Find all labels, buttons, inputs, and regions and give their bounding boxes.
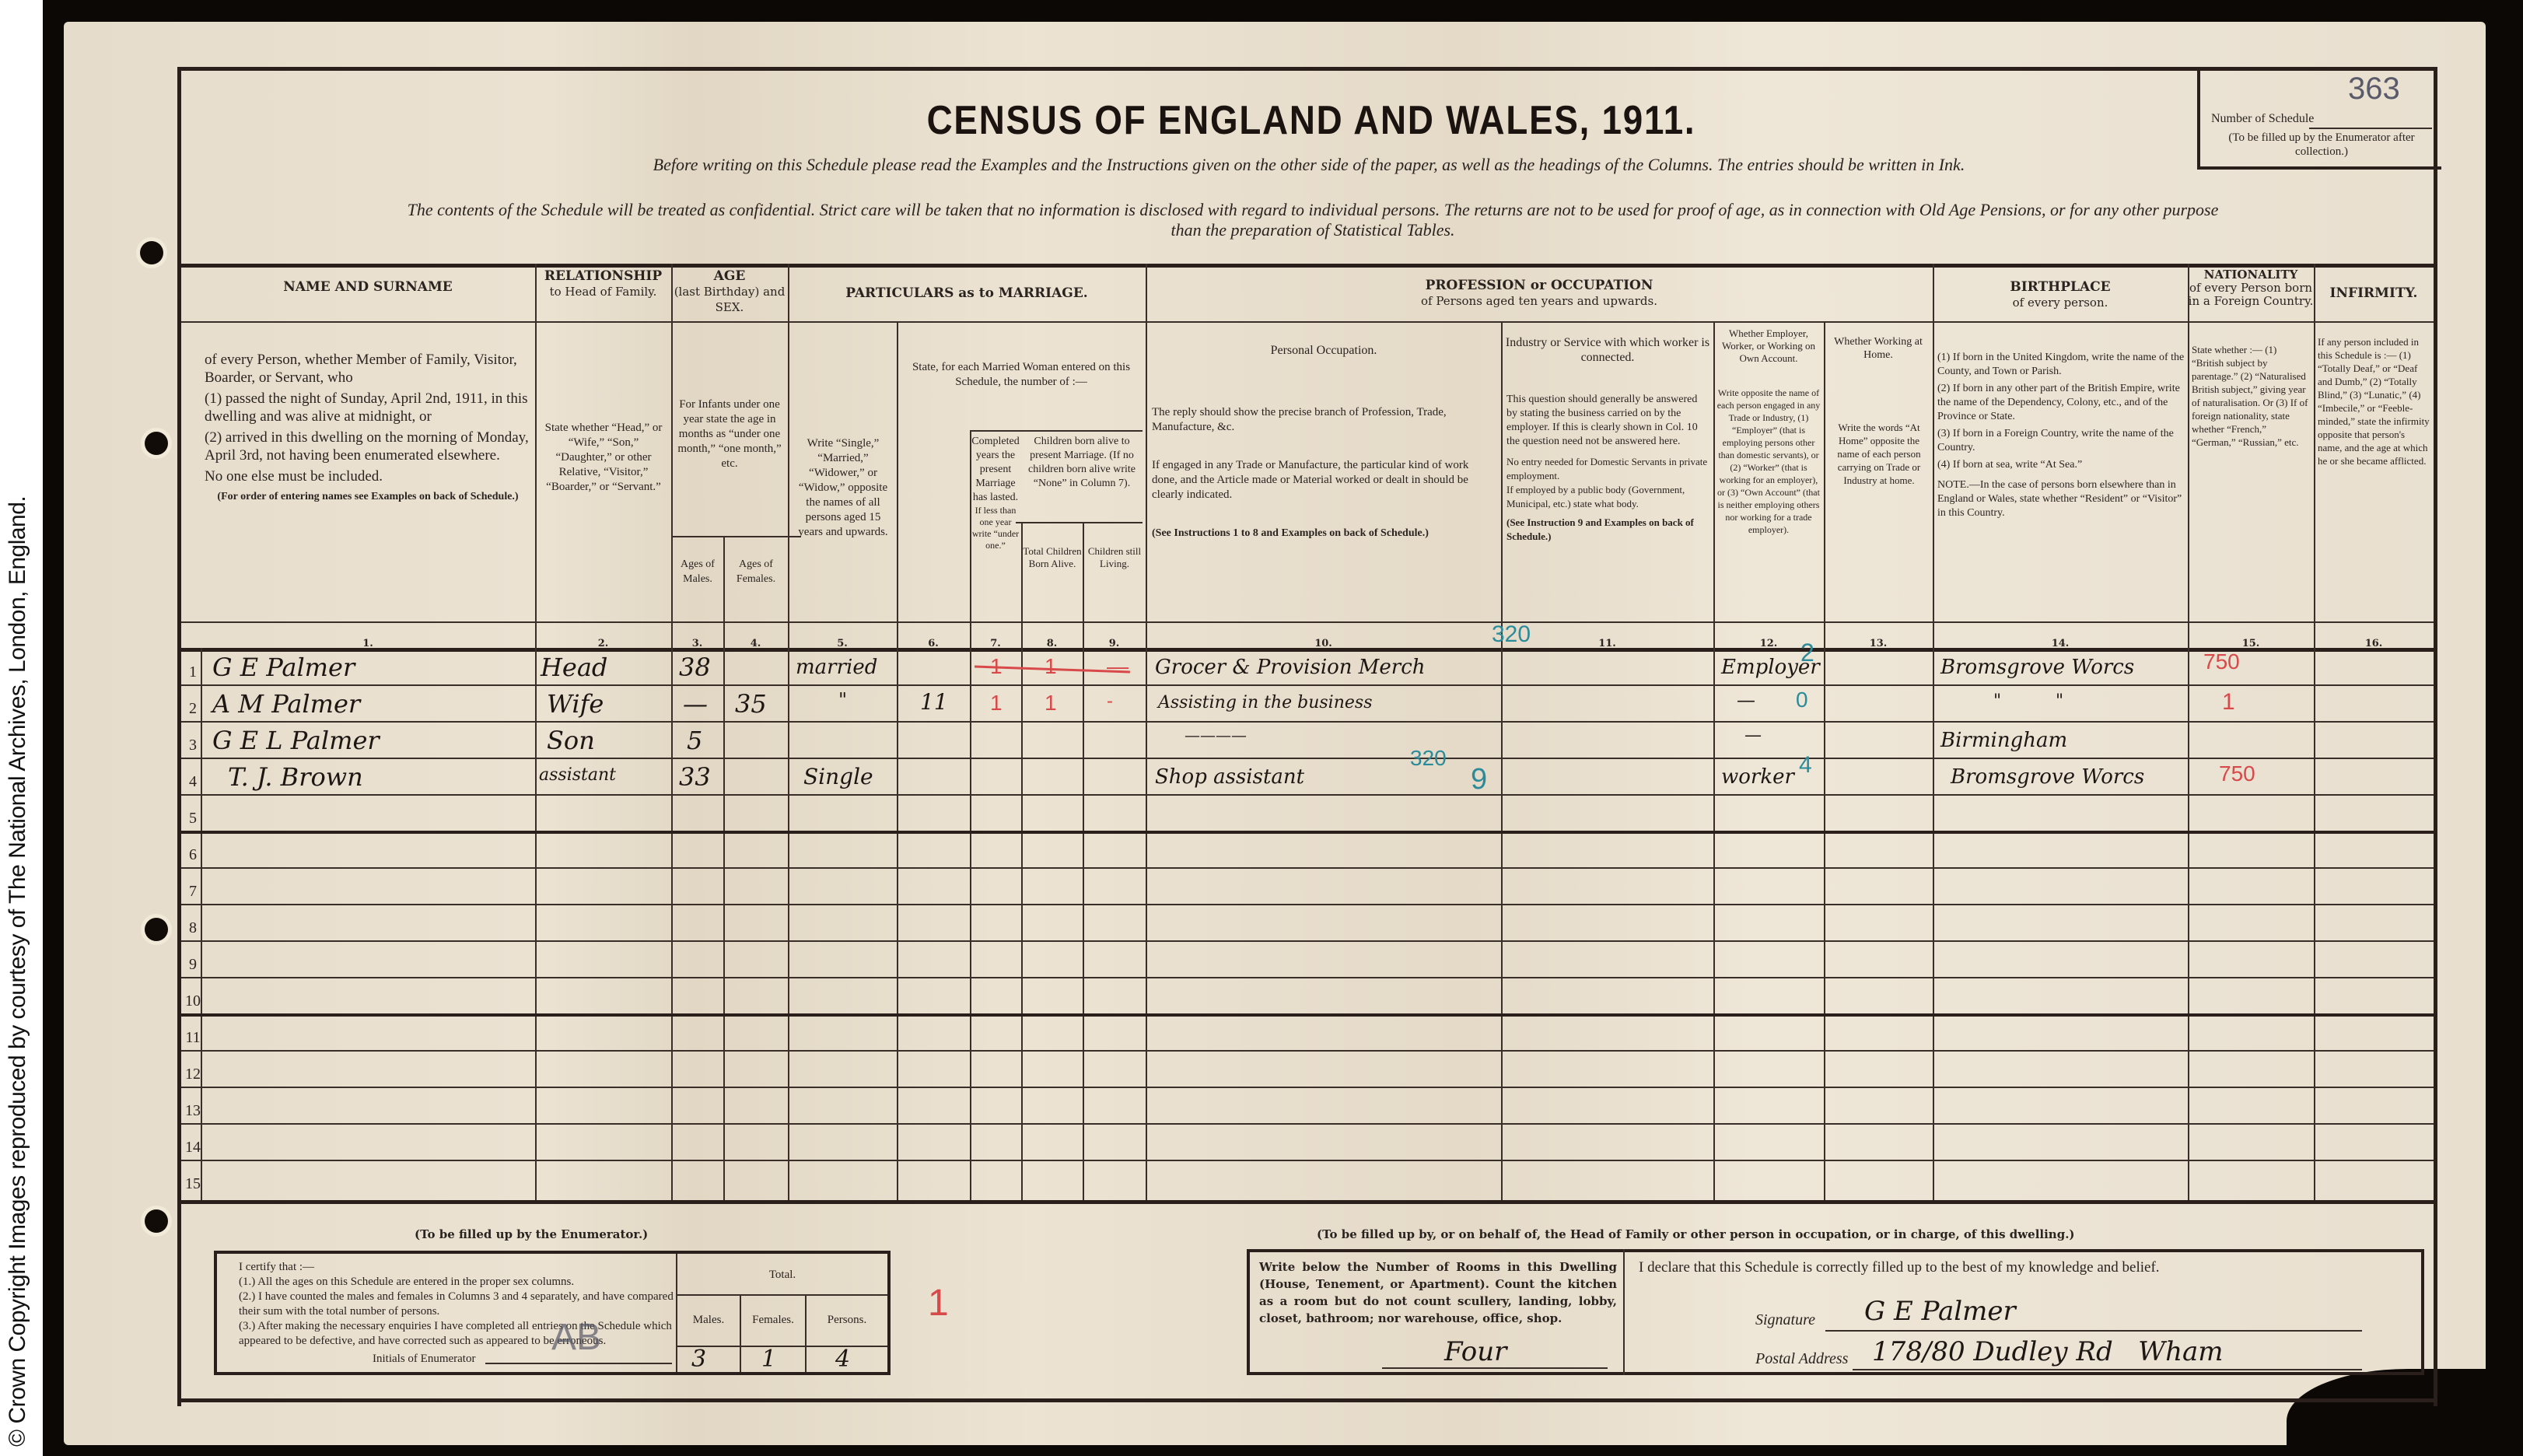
col-line (535, 264, 537, 1200)
row-number: 7 (181, 883, 205, 901)
col-line (671, 264, 673, 1200)
industry-desc-1: This question should generally be answer… (1506, 393, 1710, 449)
row-rule (181, 831, 2434, 834)
marital-status-desc: Write “Single,” “Married,” “Widower,” or… (792, 436, 894, 540)
header-birthplace-sub: of every person. (1933, 295, 2188, 310)
row-number: 11 (181, 1029, 205, 1047)
personal-occupation-label: Personal Occupation. (1150, 343, 1498, 358)
header-age: AGE (last Birthday) and SEX. (671, 268, 788, 315)
header-nationality: NATIONALITY of every Person born in a Fo… (2188, 268, 2314, 308)
header-occupation-title: PROFESSION or OCCUPATION (1146, 278, 1933, 293)
birthplace-desc-4: (4) If born at sea, write “At Sea.” (1937, 458, 2185, 472)
col-num-15: 15. (2188, 638, 2314, 649)
col-num-14: 14. (1933, 638, 2188, 649)
age-females-label: Ages of Females. (726, 557, 786, 586)
row1-children-died[interactable]: — (1107, 654, 1129, 679)
personal-desc-2: If engaged in any Trade or Manufacture, … (1152, 458, 1497, 502)
col-line (897, 321, 898, 1200)
householder-box: Write below the Number of Rooms in this … (1247, 1249, 2424, 1375)
column-number-rule-top (181, 621, 2434, 623)
row4-occupation[interactable]: Shop assistant (1155, 765, 1304, 789)
enumerator-certify: I certify that :— (1.) All the ages on t… (239, 1260, 674, 1349)
row3-age-male[interactable]: 5 (687, 726, 702, 755)
persons-label: Persons. (807, 1313, 887, 1328)
punch-hole-icon (140, 241, 163, 264)
row1-occupation[interactable]: Grocer & Provision Merch (1155, 656, 1426, 679)
industry-desc-2: No entry needed for Domestic Servants in… (1506, 455, 1710, 483)
rooms-line (1382, 1367, 1608, 1369)
marriage-years-label: Completed years the present Marriage has… (971, 435, 1020, 505)
row4-employer-code[interactable]: 4 (1799, 752, 1812, 779)
certify-item-2: (2.) I have counted the males and female… (239, 1290, 674, 1319)
householder-divider (1623, 1249, 1625, 1375)
col-line (2314, 264, 2315, 1200)
row2-marriage-years[interactable]: 11 (920, 689, 948, 715)
total-persons[interactable]: 4 (835, 1346, 850, 1373)
row4-occupation-code-2[interactable]: 9 (1471, 763, 1487, 796)
home-label: Whether Working at Home. (1827, 335, 1930, 362)
row2-name[interactable]: A M Palmer (212, 689, 360, 719)
row4-age-male[interactable]: 33 (679, 762, 711, 792)
signature-label: Signature (1755, 1311, 1815, 1329)
birthplace-desc-3: (3) If born in a Foreign Country, write … (1937, 427, 2185, 455)
row4-marital[interactable]: Single (803, 764, 873, 789)
name-desc-1: (1) passed the night of Sunday, April 2n… (205, 390, 531, 425)
confidential-text: The contents of the Schedule will be tre… (197, 200, 2429, 220)
header-group-rule (181, 321, 2434, 323)
employer-desc: Write opposite the name of each person e… (1716, 387, 1821, 536)
row-number: 15 (181, 1175, 205, 1193)
row4-nationality-code[interactable]: 750 (2219, 761, 2255, 786)
col-num-3: 3. (671, 638, 723, 649)
header-relationship: RELATIONSHIP to Head of Family. (535, 268, 671, 299)
row-rule (181, 977, 2434, 978)
row2-occupation[interactable]: Assisting in the business (1158, 693, 1372, 712)
row-number: 4 (181, 773, 205, 791)
birthplace-note: NOTE.—In the case of persons born elsewh… (1937, 478, 2185, 520)
marriage-years-desc: Completed years the present Marriage has… (971, 435, 1020, 551)
employer-label: Whether Employer, Worker, or Working on … (1716, 327, 1821, 365)
personal-desc-3: (See Instructions 1 to 8 and Examples on… (1152, 526, 1497, 541)
col-num-5: 5. (788, 638, 897, 649)
row2-marital[interactable]: " (838, 689, 847, 711)
copyright-notice: © Crown Copyright Images reproduced by c… (5, 358, 39, 1447)
row2-birthplace[interactable]: " " (1993, 691, 2063, 711)
schedule-number-value[interactable]: 363 (2348, 72, 2400, 107)
initials-label: Initials of Enumerator (373, 1352, 475, 1367)
header-occupation: PROFESSION or OCCUPATION of Persons aged… (1146, 278, 1933, 309)
col-num-16: 16. (2314, 638, 2434, 649)
row-rule (181, 684, 2434, 686)
row2-relationship[interactable]: Wife (547, 689, 604, 719)
total-label: Total. (677, 1268, 887, 1283)
col-line (2188, 264, 2189, 1200)
name-desc-3: No one else must be included. (205, 467, 531, 485)
name-desc: of every Person, whether Member of Famil… (205, 351, 531, 503)
header-nationality-sub: of every Person born in a Foreign Countr… (2188, 282, 2314, 308)
address-value[interactable]: 178/80 Dudley Rd Wham (1872, 1336, 2224, 1367)
row-rule (181, 1123, 2434, 1125)
punch-hole-icon (145, 1209, 168, 1233)
row2-employer[interactable]: — (1737, 689, 1755, 711)
signature-line (1825, 1330, 2362, 1332)
row1-age-male[interactable]: 38 (679, 653, 711, 682)
row1-occupation-code[interactable]: 320 (1492, 621, 1531, 648)
row1-employer-code[interactable]: 2 (1800, 639, 1814, 667)
col-line (1501, 321, 1503, 1200)
row4-occupation-code[interactable]: 320 (1410, 746, 1447, 771)
certify-label: I certify that :— (239, 1260, 674, 1275)
totals-col (805, 1294, 807, 1372)
col-num-13: 13. (1824, 638, 1933, 649)
col-num-8: 8. (1021, 638, 1083, 649)
row-rule (181, 1160, 2434, 1161)
row3-employer[interactable]: — (1744, 726, 1762, 745)
margin-mark: 1 (928, 1282, 949, 1325)
row-number: 10 (181, 992, 205, 1010)
personal-desc-1: The reply should show the precise branch… (1152, 405, 1497, 435)
punch-hole-icon (145, 432, 168, 455)
col-num-10: 10. (1146, 638, 1501, 649)
row-rule (181, 1050, 2434, 1052)
col-line (1824, 321, 1825, 1200)
totals-rule (677, 1294, 887, 1296)
home-desc: Write the words “At Home” opposite the n… (1828, 421, 1930, 487)
total-females[interactable]: 1 (761, 1346, 776, 1373)
children-desc: Children born alive to present Marriage.… (1023, 435, 1141, 491)
birthplace-desc-2: (2) If born in any other part of the Bri… (1937, 382, 2185, 424)
header-relationship-sub: to Head of Family. (535, 284, 671, 299)
header-birthplace: BIRTHPLACE of every person. (1933, 279, 2188, 310)
row-number: 8 (181, 919, 205, 937)
row-rule (181, 867, 2434, 869)
age-sub-rule (671, 536, 801, 537)
initials-value[interactable]: AB (551, 1316, 601, 1359)
col-num-6: 6. (897, 638, 970, 649)
row4-name[interactable]: T. J. Brown (228, 762, 363, 792)
row4-employer[interactable]: worker (1721, 765, 1794, 789)
confidential-text-2: than the preparation of Statistical Tabl… (197, 220, 2429, 240)
schedule-number-label: Number of Schedule (2211, 112, 2314, 126)
signature-value[interactable]: G E Palmer (1864, 1296, 2016, 1327)
name-desc-4: (For order of entering names see Example… (205, 490, 531, 503)
row-rule (181, 940, 2434, 942)
page-title: CENSUS OF ENGLAND AND WALES, 1911. (317, 97, 2305, 144)
marriage-years-note: If less than one year write “under one.” (971, 505, 1020, 551)
row-number: 13 (181, 1102, 205, 1120)
address-label: Postal Address (1755, 1350, 1848, 1368)
row-number: 9 (181, 956, 205, 974)
col-line (1146, 264, 1147, 1200)
schedule-number-line (2309, 128, 2432, 129)
males-label: Males. (677, 1313, 740, 1328)
col-num-2: 2. (535, 638, 671, 649)
industry-label: Industry or Service with which worker is… (1505, 335, 1710, 365)
header-relationship-title: RELATIONSHIP (535, 268, 671, 284)
col-line (1713, 321, 1715, 1200)
header-infirmity: INFIRMITY. (2314, 285, 2434, 301)
footer-section: (To be filled up by the Enumerator.) I c… (177, 1204, 2437, 1406)
row2-children-died[interactable]: - (1107, 691, 1113, 712)
col-num-9: 9. (1083, 638, 1146, 649)
married-woman-desc: State, for each Married Woman entered on… (901, 360, 1142, 390)
rooms-instructions: Write below the Number of Rooms in this … (1259, 1258, 1617, 1327)
industry-desc-3: If employed by a public body (Government… (1506, 483, 1710, 511)
birthplace-desc: (1) If born in the United Kingdom, write… (1937, 351, 2185, 520)
instructions-text: Before writing on this Schedule please r… (492, 155, 2126, 175)
enumerator-box: I certify that :— (1.) All the ages on t… (214, 1251, 891, 1375)
header-marriage: PARTICULARS as to MARRIAGE. (788, 285, 1146, 301)
children-sub-rule (1016, 522, 1143, 523)
children-living-label: Children still Living. (1084, 545, 1145, 570)
col-num-11: 11. (1501, 638, 1713, 649)
relationship-desc: State whether “Head,” or “Wife,” “Son,” … (539, 421, 668, 495)
children-total-label: Total Children Born Alive. (1023, 545, 1082, 570)
householder-heading: (To be filled up by, or on behalf of, th… (1317, 1227, 2075, 1241)
age-desc: For Infants under one year state the age… (674, 397, 785, 471)
row2-children-total[interactable]: 1 (990, 691, 1003, 716)
certify-item-1: (1.) All the ages on this Schedule are e… (239, 1275, 674, 1290)
row1-relationship[interactable]: Head (541, 653, 607, 682)
row3-name[interactable]: G E L Palmer (212, 726, 380, 755)
row2-age-female[interactable]: 35 (735, 689, 767, 719)
row-rule (181, 1087, 2434, 1088)
initials-line (485, 1363, 672, 1364)
total-males[interactable]: 3 (691, 1346, 706, 1373)
header-age-sub: (last Birthday) and SEX. (671, 284, 788, 315)
row-rule (181, 904, 2434, 905)
certify-item-3: (3.) After making the necessary enquirie… (239, 1319, 674, 1349)
name-desc-intro: of every Person, whether Member of Famil… (205, 351, 531, 387)
row1-marital[interactable]: married (796, 656, 877, 679)
declaration-text: I declare that this Schedule is correctl… (1639, 1260, 2160, 1275)
row-number: 2 (181, 700, 205, 718)
row1-birthplace[interactable]: Bromsgrove Worcs (1940, 656, 2134, 679)
census-form: CENSUS OF ENGLAND AND WALES, 1911. Befor… (177, 67, 2437, 1204)
row2-nationality-code[interactable]: 1 (2222, 689, 2235, 716)
col-num-7: 7. (970, 638, 1021, 649)
punch-hole-icon (145, 918, 168, 941)
industry-desc: This question should generally be answer… (1506, 393, 1710, 544)
name-desc-2: (2) arrived in this dwelling on the morn… (205, 429, 531, 464)
row-rule (181, 794, 2434, 796)
footer-bottom-rule (181, 1398, 2434, 1402)
row-number: 12 (181, 1066, 205, 1083)
row2-employer-code[interactable]: 0 (1796, 688, 1808, 712)
rooms-value[interactable]: Four (1444, 1336, 1506, 1367)
row3-occupation[interactable]: ———— (1185, 726, 1247, 744)
row-number: 6 (181, 846, 205, 864)
col-line (1021, 522, 1023, 1200)
row-rule (181, 721, 2434, 723)
row1-children-living[interactable]: 1 (1045, 654, 1057, 679)
marriage-sub-rule (970, 430, 1143, 432)
nationality-desc: State whether :— (1) “British subject by… (2192, 343, 2310, 449)
birthplace-desc-1: (1) If born in the United Kingdom, write… (1937, 351, 2185, 379)
row-number: 3 (181, 737, 205, 754)
col-line (788, 264, 789, 1200)
row4-relationship[interactable]: assistant (539, 765, 616, 785)
infirmity-desc: If any person included in this Schedule … (2318, 335, 2431, 467)
col-num-1: 1. (201, 638, 535, 649)
row-rule (181, 1013, 2434, 1017)
schedule-number-note: (To be filled up by the Enumerator after… (2206, 131, 2437, 159)
col-line (1933, 264, 1934, 1200)
age-males-label: Ages of Males. (673, 557, 723, 586)
totals-rule-2 (677, 1346, 887, 1347)
row-number: 5 (181, 810, 205, 828)
header-occupation-sub: of Persons aged ten years and upwards. (1146, 293, 1933, 309)
industry-desc-4: (See Instruction 9 and Examples on back … (1506, 516, 1710, 544)
header-nationality-title: NATIONALITY (2188, 268, 2314, 282)
header-birthplace-title: BIRTHPLACE (1933, 279, 2188, 295)
address-line (1853, 1369, 2362, 1370)
personal-occupation-desc: The reply should show the precise branch… (1152, 405, 1497, 541)
row-rule (181, 758, 2434, 759)
row3-birthplace[interactable]: Birmingham (1940, 729, 2067, 752)
col-num-4: 4. (723, 638, 788, 649)
schedule-number-box: 363 Number of Schedule (To be filled up … (2197, 67, 2441, 170)
females-label: Females. (741, 1313, 805, 1328)
col-line (1083, 522, 1084, 1200)
row3-relationship[interactable]: Son (547, 726, 595, 755)
header-name: NAME AND SURNAME (201, 279, 535, 295)
row-number: 1 (181, 663, 205, 681)
row4-birthplace[interactable]: Bromsgrove Worcs (1951, 765, 2144, 789)
enumerator-heading: (To be filled up by the Enumerator.) (415, 1227, 648, 1241)
totals-col (740, 1294, 741, 1372)
header-top-rule (181, 264, 2434, 268)
header-age-title: AGE (671, 268, 788, 284)
row2-age-male[interactable]: — (683, 689, 708, 719)
row1-name[interactable]: G E Palmer (212, 653, 355, 682)
row1-nationality-code[interactable]: 750 (2203, 649, 2240, 674)
row2-children-living[interactable]: 1 (1045, 691, 1057, 716)
row-number: 14 (181, 1139, 205, 1157)
